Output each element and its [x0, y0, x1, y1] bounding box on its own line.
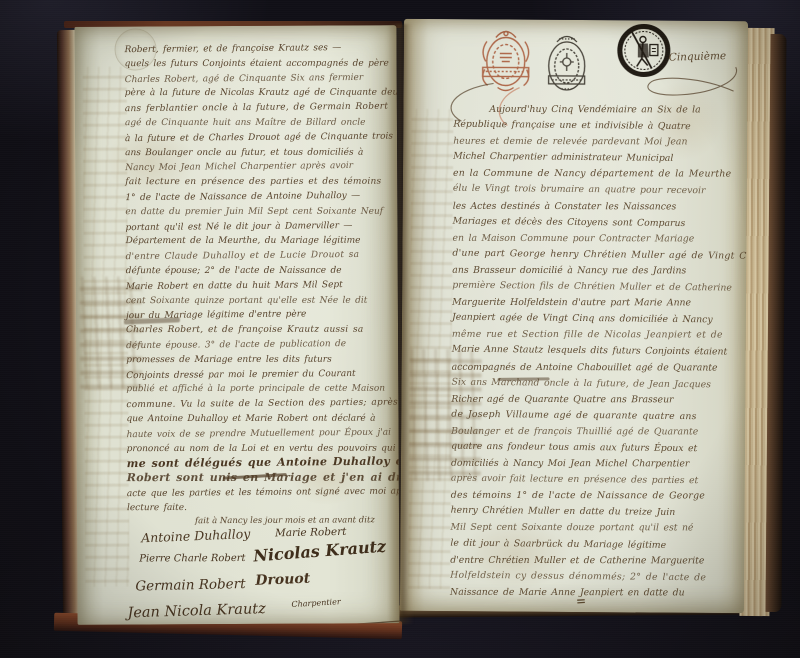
- signature: Pierre Charle Robert: [139, 553, 245, 565]
- signature: Charpentier: [291, 597, 341, 609]
- signature: Marie Robert: [275, 526, 347, 540]
- manuscript-line: quatre ans fondeur tous amis aux futurs …: [451, 439, 743, 458]
- manuscript-line: d'entre Chrétien Muller et de Catherine …: [450, 552, 742, 569]
- signature: Drouot: [255, 571, 310, 589]
- signature-block: Antoine DuhalloyMarie RobertPierre Charl…: [74, 25, 399, 625]
- right-page-text: Aujourd'huy Cinq Vendémiaire an Six de l…: [450, 101, 745, 602]
- manuscript-line: le dit jour à Saarbrück du Mariage légit…: [450, 535, 742, 554]
- manuscript-line: élu le Vingt trois brumaire an quatre po…: [453, 181, 745, 200]
- manuscript-line: Holfeldstein cy dessus dénommés; 2° de l…: [450, 567, 742, 586]
- manuscript-line: Richer agé de Quarante Quatre ans Brasse…: [451, 391, 743, 408]
- photograph-background: Robert, fermier, et de françoise Krautz …: [0, 0, 800, 658]
- manuscript-line: Six ans Marchand oncle à la future, de J…: [451, 374, 743, 393]
- right-page: Cinquième Aujourd'huy Cinq Vendémiaire a…: [400, 19, 748, 613]
- signature: Antoine Duhalloy: [141, 526, 251, 545]
- manuscript-line: Mariages et décès des Citoyens sont Comp…: [453, 213, 745, 232]
- signature: Nicolas Krautz: [253, 537, 387, 566]
- end-mark: =: [576, 594, 586, 609]
- manuscript-line: Boulanger et de françois Thuillié agé de…: [451, 424, 743, 441]
- manuscript-line: Marie Anne Stautz lesquels dits futurs C…: [452, 342, 744, 361]
- manuscript-line: Mil Sept cent Soixante douze portant qu'…: [450, 520, 742, 537]
- manuscript-line: en la Maison Commune pour Contracter Mar…: [453, 231, 745, 248]
- manuscript-line: les Actes destinés à Constater les Naiss…: [453, 198, 745, 215]
- manuscript-line: de Joseph Villaume agé de quarante quatr…: [451, 406, 743, 425]
- ink-bleed-through: [408, 109, 453, 589]
- signature: Germain Robert: [135, 576, 246, 594]
- manuscript-line: d'une part George henry Chrétien Muller …: [452, 245, 744, 264]
- manuscript-line: accompagnés de Antoine Chabouillet agé d…: [452, 359, 744, 376]
- manuscript-line: Naissance de Marie Anne Jeanpiert en dat…: [450, 585, 742, 602]
- black-crest-stamp: [542, 33, 592, 95]
- left-page: Robert, fermier, et de françoise Krautz …: [74, 25, 399, 625]
- manuscript-line: ans Brasseur domicilié à Nancy rue des J…: [452, 263, 744, 280]
